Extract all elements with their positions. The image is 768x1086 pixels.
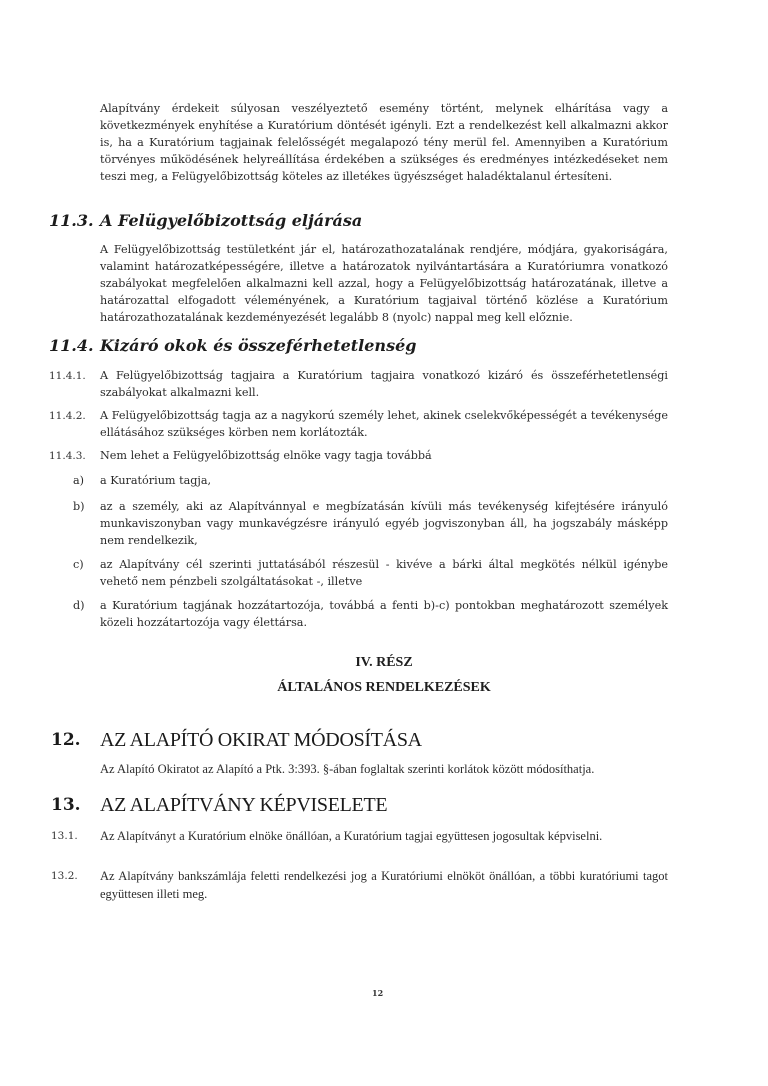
page-number: 12: [372, 988, 383, 998]
subitem-label: b): [73, 498, 85, 515]
section-12-number: 12.: [51, 730, 81, 750]
section-13-title: AZ ALAPÍTVÁNY KÉPVISELETE: [100, 794, 387, 817]
document-page: Alapítvány érdekeit súlyosan veszélyezte…: [0, 0, 768, 1086]
clause-number: 11.4.3.: [49, 450, 86, 462]
clause-11-4-2: A Felügyelőbizottság tagja az a nagykorú…: [100, 407, 668, 441]
clause-11-4-1: A Felügyelőbizottság tagjaira a Kuratóri…: [100, 367, 668, 401]
part-subheading: ÁLTALÁNOS RENDELKEZÉSEK: [0, 680, 768, 696]
clause-number: 11.4.1.: [49, 370, 86, 382]
section-11-4-title: Kizáró okok és összeférhetetlenség: [100, 336, 416, 355]
clause-13-1: Az Alapítványt a Kuratórium elnöke önáll…: [100, 827, 668, 845]
subitem-label: c): [73, 556, 84, 573]
section-13-number: 13.: [51, 795, 81, 815]
clause-13-2: Az Alapítvány bankszámlája feletti rende…: [100, 867, 668, 903]
subitem-d: a Kuratórium tagjának hozzátartozója, to…: [100, 597, 668, 631]
clause-number: 11.4.2.: [49, 410, 86, 422]
subitem-a: a Kuratórium tagja,: [100, 472, 668, 489]
clause-number: 13.1.: [51, 830, 78, 842]
subitem-c: az Alapítvány cél szerinti juttatásából …: [100, 556, 668, 590]
section-12-body: Az Alapító Okiratot az Alapító a Ptk. 3:…: [100, 760, 700, 778]
section-11-2-continuation: Alapítvány érdekeit súlyosan veszélyezte…: [100, 100, 668, 185]
section-11-3-number: 11.3.: [49, 211, 94, 230]
section-11-3-title: A Felügyelőbizottság eljárása: [100, 211, 362, 230]
section-11-3-body: A Felügyelőbizottság testületként jár el…: [100, 241, 668, 326]
subitem-label: a): [73, 472, 84, 489]
part-heading: IV. RÉSZ: [0, 655, 768, 671]
clause-11-4-3: Nem lehet a Felügyelőbizottság elnöke va…: [100, 447, 668, 464]
section-11-4-number: 11.4.: [49, 336, 94, 355]
clause-number: 13.2.: [51, 870, 78, 882]
subitem-b: az a személy, aki az Alapítvánnyal e meg…: [100, 498, 668, 549]
section-12-title: AZ ALAPÍTÓ OKIRAT MÓDOSÍTÁSA: [100, 729, 422, 752]
subitem-label: d): [73, 597, 85, 614]
